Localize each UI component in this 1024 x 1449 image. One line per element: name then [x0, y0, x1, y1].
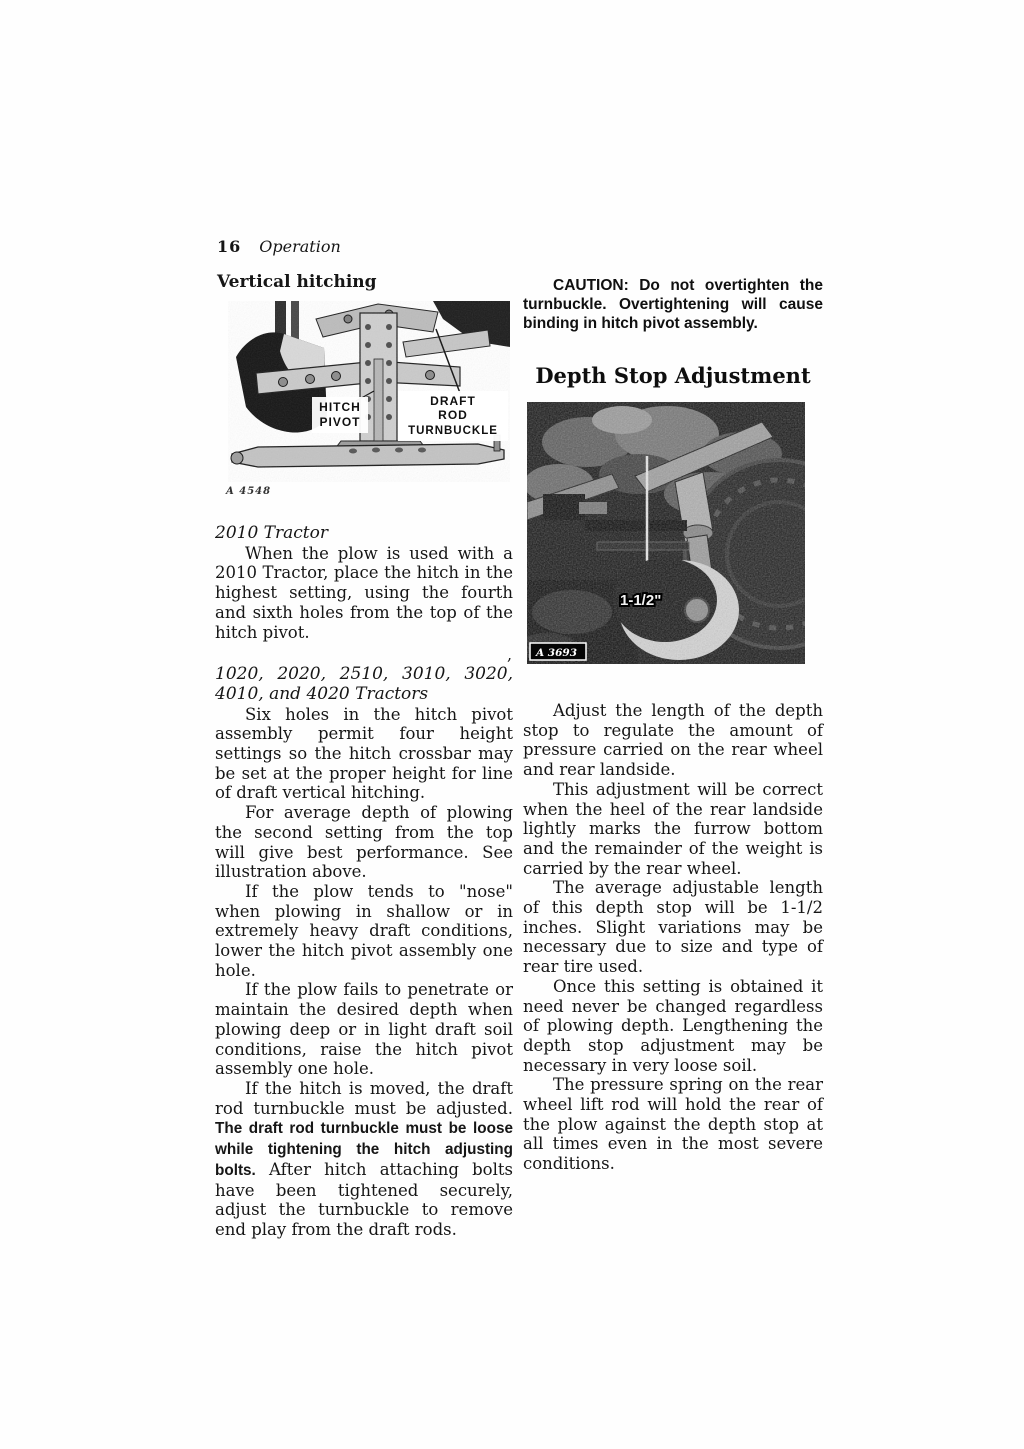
depth-stop-photo: 1-1/2" A 3693 [527, 402, 805, 664]
photo-grain [527, 402, 805, 664]
page-number: 16 [217, 237, 241, 256]
draft-rod-label: DRAFT [430, 394, 476, 408]
draft-rod-label: TURNBUCKLE [408, 425, 498, 437]
depth-stop-heading: Depth Stop Adjustment [523, 363, 823, 388]
left-column: 2010 Tractor When the plow is used with … [215, 524, 513, 1240]
paragraph: The average adjustable length of this de… [523, 878, 823, 977]
paragraph-mixed: If the hitch is moved, the draft rod tur… [215, 1079, 513, 1240]
paragraph: This adjustment will be correct when the… [523, 780, 823, 879]
right-column: Adjust the length of the depth stop to r… [523, 701, 823, 1174]
tractors-list-heading: 1020, 2020, 2510, 3010, 3020, 4010, and … [215, 665, 513, 704]
paragraph: Once this setting is obtained it need ne… [523, 977, 823, 1076]
figure1-caption: A 4548 [226, 486, 271, 497]
hitch-pivot-label: HITCH [319, 400, 361, 414]
paragraph-text: If the hitch is moved, the draft rod tur… [215, 1079, 513, 1118]
paragraph: For average depth of plowing the second … [215, 803, 513, 882]
paragraph: Adjust the length of the depth stop to r… [523, 701, 823, 780]
photo-caption: A 3693 [535, 647, 577, 659]
tractor-2010-heading: 2010 Tractor [215, 524, 513, 544]
caution-note: CAUTION: Do not overtighten the turnbuck… [523, 276, 823, 334]
paragraph: If the plow fails to penetrate or mainta… [215, 980, 513, 1079]
draft-rod-label: ROD [438, 408, 468, 422]
paragraph: The pressure spring on the rear wheel li… [523, 1075, 823, 1174]
scan-artifact: , [507, 645, 512, 664]
vertical-hitching-heading: Vertical hitching [217, 272, 377, 292]
hitch-pivot-label: PIVOT [319, 415, 360, 429]
hitch-illustration: HITCH PIVOT DRAFT ROD TURNBUCKLE [228, 301, 510, 482]
paragraph-text: After hitch attaching bolts have been ti… [215, 1160, 513, 1239]
paragraph: Six holes in the hitch pivot assembly pe… [215, 705, 513, 804]
section-title: Operation [259, 237, 341, 256]
measurement-label: 1-1/2" [620, 592, 661, 609]
paragraph: When the plow is used with a 2010 Tracto… [215, 544, 513, 643]
running-head: 16Operation [217, 237, 341, 256]
manual-page: 16Operation Vertical hitching [0, 0, 1024, 1449]
paragraph: If the plow tends to "nose" when plowing… [215, 882, 513, 981]
